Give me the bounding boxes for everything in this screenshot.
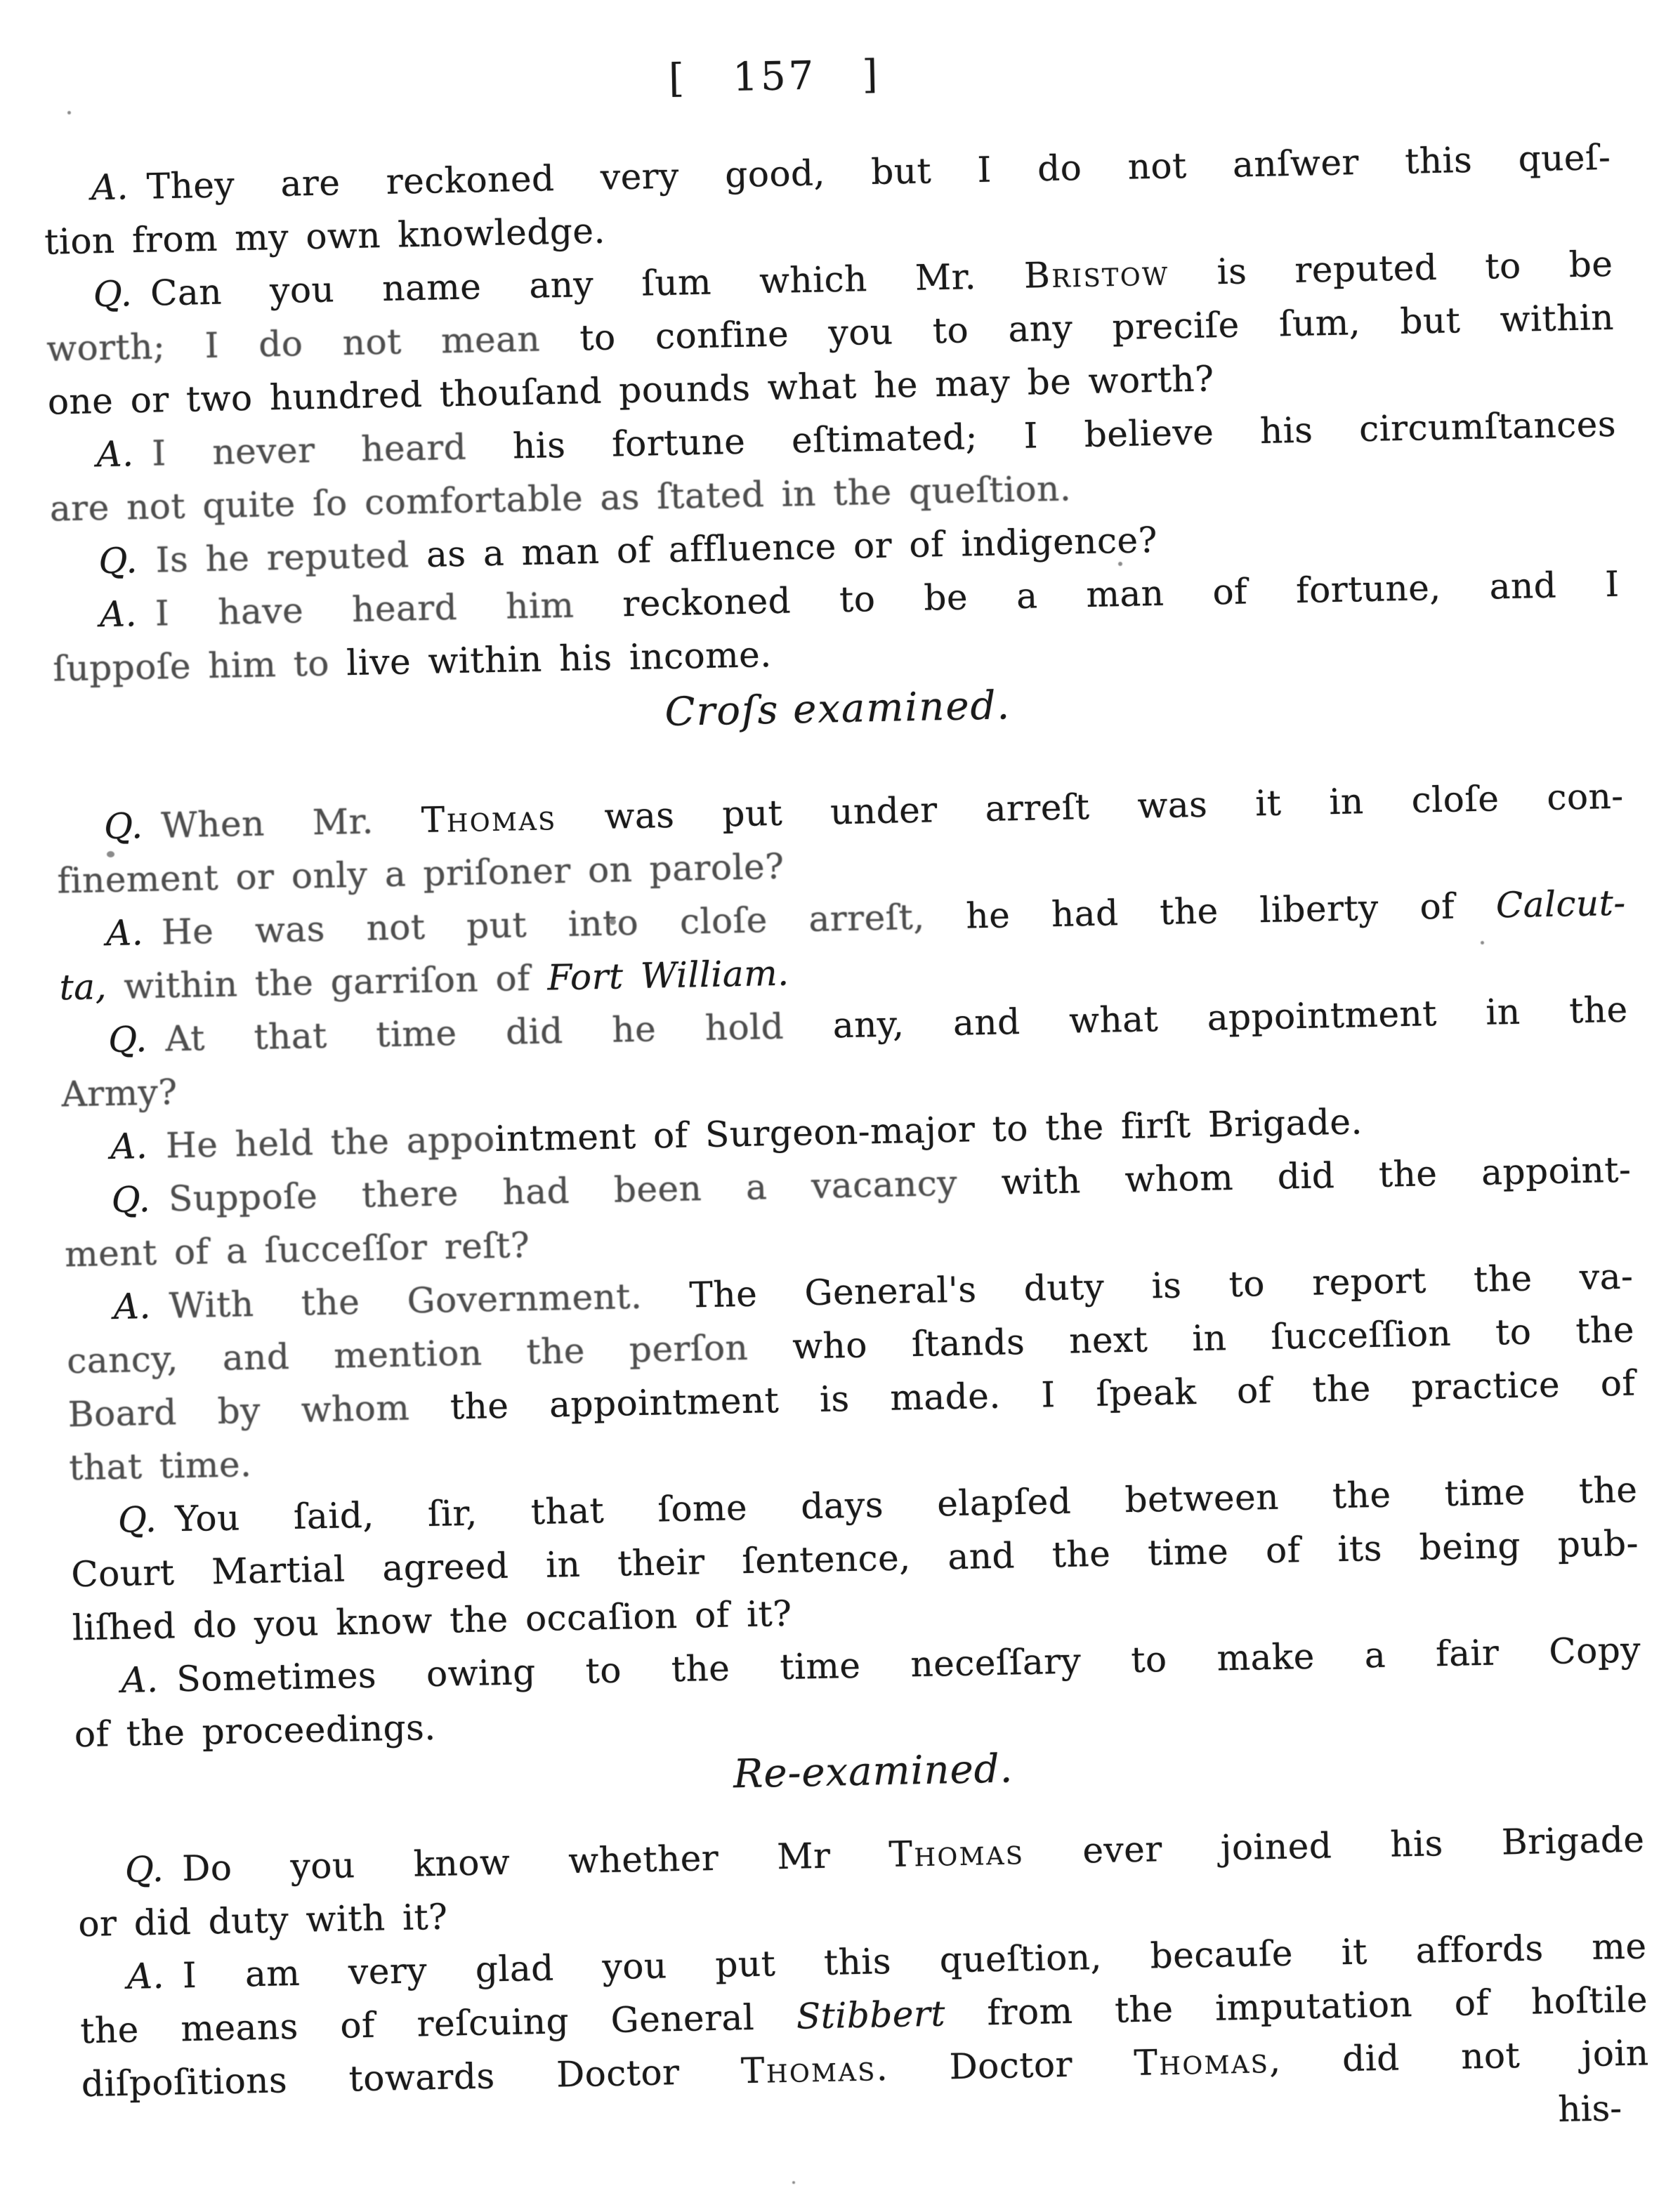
text-segment: that time.: [69, 1444, 252, 1488]
text-segment: I never heard: [152, 427, 467, 474]
text-segment: ſuppoſe him to: [53, 643, 330, 690]
ink-speck: [67, 111, 71, 114]
scanned-book-page: [ 157 ] A.They are reckoned very good, b…: [0, 0, 1666, 2212]
text-segment: live within his income.: [329, 634, 772, 684]
text-segment: . Doctor: [876, 2043, 1134, 2088]
text-segment: A.: [110, 1126, 148, 1167]
text-segment: diſpoſitions towards Doctor: [81, 2050, 741, 2105]
text-segment: I have heard him: [155, 585, 575, 634]
text-segment: the means of reſcuing General: [80, 1996, 797, 2051]
text-segment: Suppoſe there had been a vacancy: [169, 1163, 958, 1220]
text-segment: Thomas: [421, 797, 557, 841]
text-segment: worth; I do not mean: [46, 319, 541, 369]
text-segment: Q.: [103, 805, 143, 847]
text-segment: Q.: [93, 273, 133, 315]
text-segment: At that time did he hold: [165, 1006, 785, 1060]
text-segment: finement or only a priſoner on parole?: [57, 846, 785, 902]
text-segment: is reputed to be: [1169, 244, 1613, 294]
ink-speck: [1481, 941, 1484, 944]
text-segment: A.: [113, 1286, 151, 1327]
text-segment: Q.: [117, 1499, 157, 1541]
text-segment: Thomas: [740, 2048, 877, 2091]
text-segment: Army?: [61, 1072, 178, 1114]
text-segment: A.: [99, 593, 137, 635]
text-segment: ment of a ſucceſſor reſt?: [65, 1225, 530, 1275]
text-segment: He held the appo: [166, 1119, 496, 1166]
text-segment: ever joined his Brigade: [1024, 1819, 1645, 1872]
page-number: [ 157 ]: [0, 32, 1559, 122]
text-segment: Fort William.: [547, 953, 789, 999]
text-segment: Q.: [108, 1019, 148, 1060]
text-segment: A.: [96, 433, 134, 475]
text-segment: from the imputation of hoſtile: [945, 1979, 1648, 2034]
text-segment: Q.: [124, 1849, 164, 1890]
text-segment: Q.: [111, 1179, 151, 1220]
ink-speck: [1118, 562, 1122, 566]
text-segment: He was not put into cloſe arreſt,: [161, 897, 925, 953]
text-segment: Stibbert: [796, 1993, 945, 2036]
text-segment: any, and what appointment in the: [784, 989, 1629, 1047]
text-segment: of the proceedings.: [74, 1707, 436, 1755]
text-segment: A.: [105, 912, 143, 954]
text-segment: A.: [121, 1659, 159, 1701]
text-block: A.They are reckoned very good, but I do …: [43, 131, 1649, 2111]
text-segment: Is he reputed: [155, 534, 409, 580]
text-segment: , did not join: [1269, 2032, 1650, 2081]
text-segment: Thomas: [1134, 2040, 1270, 2083]
text-segment: with whom did the appoint-: [957, 1150, 1632, 1204]
text-segment: Do you know whether Mr: [182, 1834, 890, 1889]
text-segment: he had the liberty of: [924, 885, 1496, 937]
ink-speck: [107, 851, 114, 857]
text-segment: or did duty with it?: [78, 1897, 448, 1945]
text-segment: cancy, and mention the perſon: [67, 1327, 749, 1381]
text-segment: within the garriſon of: [106, 957, 548, 1007]
text-segment: Bristow: [1024, 253, 1170, 296]
text-segment: as a man of affluence or of indigence?: [409, 520, 1157, 575]
ink-speck: [792, 2181, 795, 2184]
text-segment: A.: [126, 1956, 164, 1997]
text-segment: Calcut-: [1495, 883, 1626, 926]
text-segment: liſhed do you know the occaſion of it?: [72, 1593, 792, 1649]
text-segment: Q.: [98, 540, 138, 581]
text-segment: With the Government.: [169, 1276, 643, 1326]
text-segment: Thomas: [888, 1831, 1025, 1875]
text-segment: ta,: [59, 966, 107, 1008]
text-segment: Board by whom: [67, 1388, 410, 1435]
text-segment: When Mr.: [161, 800, 422, 845]
ink-speck: [610, 919, 616, 925]
page-content: [ 157 ] A.They are reckoned very good, b…: [41, 31, 1651, 2166]
text-segment: tion from my own knowledge.: [44, 211, 606, 263]
text-segment: A.: [91, 166, 129, 208]
